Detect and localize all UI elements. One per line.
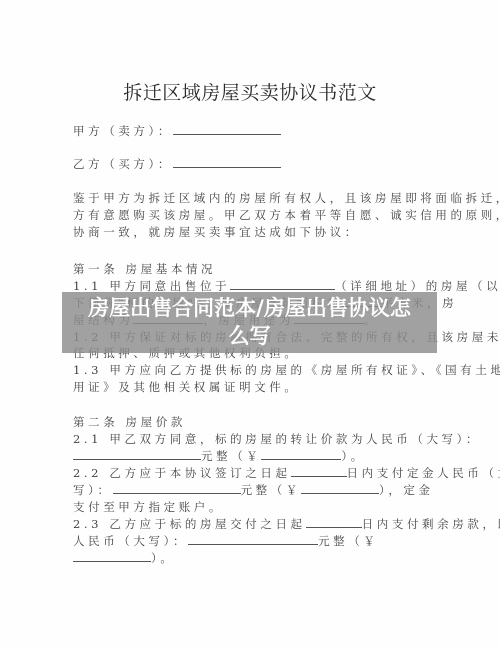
- party-b-line: 乙方（买方）：: [73, 156, 435, 172]
- deposit-number-blank: [301, 483, 379, 494]
- deposit-days-prefix: 2.2 乙方应于本协议签订之日起: [73, 466, 291, 480]
- article-1-heading: 第一条 房屋基本情况: [73, 261, 435, 277]
- article-2-heading: 第二条 房屋价款: [73, 414, 435, 430]
- deposit-yuan-label: 元整（￥: [241, 483, 301, 497]
- price-words-blank: [73, 449, 201, 460]
- balance-words-blank: [188, 534, 318, 545]
- party-a-blank: [173, 124, 281, 135]
- clause-2-3-line-1: 2.3 乙方应于标的房屋交付之日起日内支付剩余房款，即: [73, 516, 435, 532]
- deposit-words-blank: [113, 483, 241, 494]
- balance-days-prefix: 2.3 乙方应于标的房屋交付之日起: [73, 517, 306, 531]
- clause-2-3-line-2: 人民币（大写）：元整（￥: [73, 533, 435, 549]
- clause-2-2-line-3: 支付至甲方指定账户。: [73, 499, 435, 515]
- clause-2-3-line-3: ）。: [73, 550, 435, 566]
- clause-1-1-suffix: （详细地址）的房屋（以: [335, 279, 500, 293]
- balance-close: ）。: [151, 551, 175, 565]
- clause-2-1-line-2: 元整（￥）。: [73, 448, 435, 464]
- clause-1-3-line-2: 用证》及其他相关权属证明文件。: [73, 379, 435, 395]
- clause-1-3-line-1: 1.3 甲方应向乙方提供标的房屋的《房屋所有权证》、《国有土地使: [73, 362, 435, 378]
- party-a-line: 甲方（卖方）：: [73, 123, 435, 139]
- clause-2-2-line-2: 写）：元整（￥），定金: [73, 482, 435, 498]
- balance-number-blank: [73, 551, 151, 562]
- balance-words-label: 人民币（大写）：: [73, 534, 188, 548]
- deposit-days-blank: [291, 466, 347, 477]
- preamble-line-2: 方有意愿购买该房屋。甲乙双方本着平等自愿、诚实信用的原则，经: [73, 207, 435, 223]
- caption-overlay-text: 房屋出售合同范本/房屋出售协议怎 么写: [62, 294, 437, 350]
- deposit-close: ），定金: [379, 483, 434, 497]
- clause-2-2-line-1: 2.2 乙方应于本协议签订之日起日内支付定金人民币（大: [73, 465, 435, 481]
- party-a-label: 甲方（卖方）：: [73, 124, 173, 138]
- address-blank: [230, 279, 335, 290]
- preamble-line-1: 鉴于甲方为拆迁区域内的房屋所有权人，且该房屋即将面临拆迁，乙: [73, 190, 435, 206]
- price-yuan-label: 元整（￥: [201, 449, 261, 463]
- deposit-days-suffix: 日内支付定金人民币（大: [347, 466, 500, 480]
- party-b-label: 乙方（买方）：: [73, 157, 173, 171]
- document-title: 拆迁区域房屋买卖协议书范文: [0, 78, 500, 105]
- caption-line-2: 么写: [62, 322, 437, 350]
- price-close: ）。: [341, 449, 365, 463]
- clause-1-1-prefix: 1.1 甲方同意出售位于: [73, 279, 230, 293]
- preamble-line-3: 协商一致，就房屋买卖事宜达成如下协议：: [73, 224, 435, 240]
- balance-days-blank: [306, 517, 362, 528]
- balance-yuan-label: 元整（￥: [318, 534, 378, 548]
- party-b-blank: [173, 157, 281, 168]
- deposit-words-label: 写）：: [73, 483, 113, 497]
- caption-line-1: 房屋出售合同范本/房屋出售协议怎: [62, 294, 437, 322]
- price-number-blank: [261, 449, 341, 460]
- clause-2-1-line-1: 2.1 甲乙双方同意，标的房屋的转让价款为人民币（大写）：: [73, 431, 435, 447]
- balance-days-suffix: 日内支付剩余房款，即: [362, 517, 500, 531]
